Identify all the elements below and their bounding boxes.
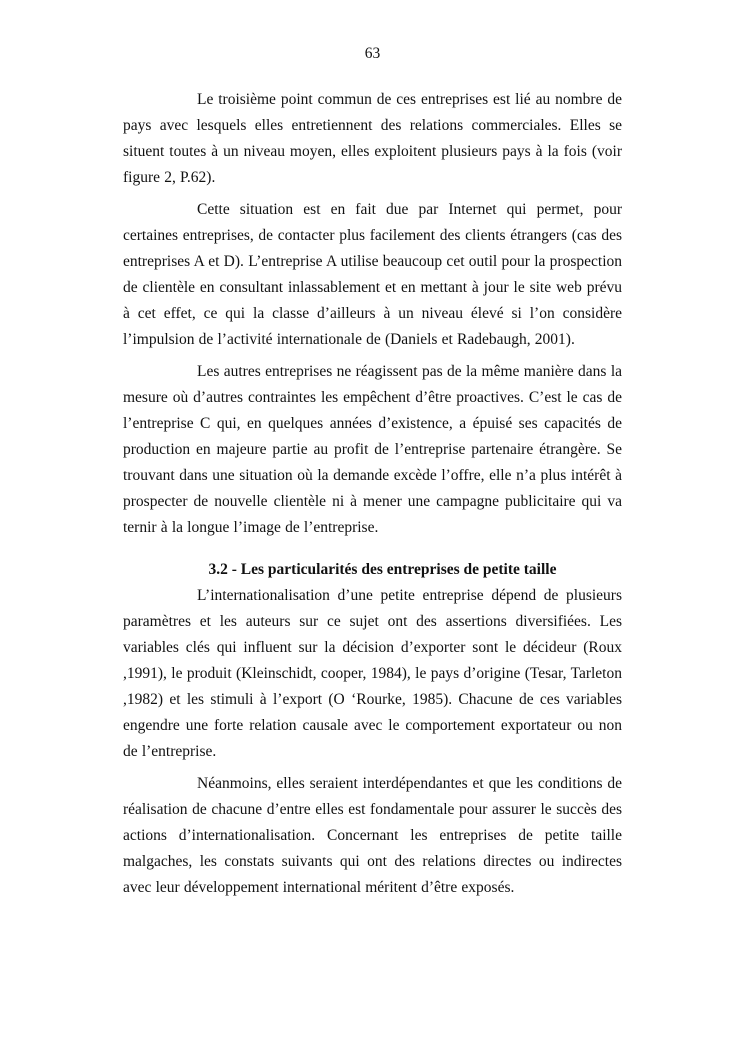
page-number: 63 (123, 41, 622, 67)
paragraph-neanmoins-conclusion: Néanmoins, elles seraient interdépendant… (123, 771, 622, 901)
paragraph-common-point: Le troisième point commun de ces entrepr… (123, 87, 622, 191)
paragraph-internationalisation-variables: L’internationalisation d’une petite entr… (123, 583, 622, 765)
paragraph-internet: Cette situation est en fait due par Inte… (123, 197, 622, 353)
document-page: 63 Le troisième point commun de ces entr… (0, 0, 745, 1053)
section-heading-3-2: 3.2 - Les particularités des entreprises… (123, 557, 622, 583)
page-content: 63 Le troisième point commun de ces entr… (0, 0, 745, 901)
paragraph-other-enterprises: Les autres entreprises ne réagissent pas… (123, 359, 622, 541)
